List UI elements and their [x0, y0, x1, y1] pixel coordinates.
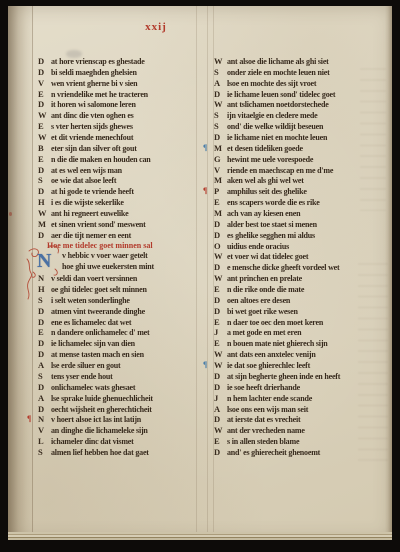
line-initial: W	[214, 273, 227, 284]
line-initial: P	[214, 186, 227, 197]
text-line: Dand' es ghierecheit ghenoemt	[214, 447, 390, 458]
text-line: Es vter herten sijds ghewes	[38, 121, 202, 132]
line-initial: D	[38, 382, 51, 393]
text-line: Want hi regneert euwelike	[38, 208, 202, 219]
line-initial: W	[38, 208, 51, 219]
paraph-mark-icon: ¶	[203, 360, 207, 371]
line-text: ichameler dinc dat vismet	[51, 437, 134, 446]
line-text: an dinghe die lichameleke sijn	[51, 426, 148, 435]
text-line: Ja met gode en met eren	[214, 327, 390, 338]
text-line: En bouen mate niet ghierech sijn	[214, 338, 390, 349]
line-text: aer die tijt nemer en eent	[51, 231, 131, 240]
line-text: at mense tasten mach en sien	[51, 350, 144, 359]
line-initial: W	[214, 425, 227, 436]
line-initial: G	[214, 154, 227, 165]
text-line: Want tslichamen noetdorstechede	[214, 99, 390, 110]
text-line: Mach van ay kiesen enen	[214, 208, 390, 219]
text-line: En die rike onde die mate	[214, 284, 390, 295]
text-line: Jn hem lachter ende scande	[214, 393, 390, 404]
line-initial: W	[38, 132, 51, 143]
line-text: oecht wijsheit en gherechticheit	[51, 405, 152, 414]
line-initial: W	[214, 360, 227, 371]
line-text: et voer wi dat tidelec goet	[227, 252, 308, 261]
line-initial: D	[214, 262, 227, 273]
text-line: En daer toe oec den moet keren	[214, 317, 390, 328]
text-column-right: Want alsoe die lichame als ghi sietSonde…	[214, 56, 390, 458]
line-text: lse erde siluer en gout	[51, 361, 120, 370]
line-text: n dandere onlichamelec d' met	[51, 328, 150, 337]
text-line: Daer die tijt nemer en eent	[38, 230, 202, 241]
line-text: at hore vrienscap es ghestade	[51, 57, 145, 66]
line-initial: D	[38, 99, 51, 110]
paraph-mark-icon: ¶	[203, 186, 207, 197]
text-line: Doen altoes ere desen	[214, 295, 390, 306]
line-text: onder ziele en mochte leuen niet	[227, 68, 330, 77]
text-line: hoe ghi uwe euekersten mint	[38, 262, 202, 273]
text-column-left: N Dat hore vrienscap es ghestadeDbi seld…	[38, 56, 202, 458]
text-line: Ouidius ende oracius	[214, 241, 390, 252]
line-text: ijn vitaelgie en cledere mede	[227, 111, 317, 120]
line-initial: M	[214, 175, 227, 186]
line-initial: S	[38, 371, 51, 382]
text-line: Dat hi gode te vriende heeft	[38, 186, 202, 197]
line-text: it horen wi salomone leren	[51, 100, 136, 109]
line-text: aken wel als ghi wel wet	[227, 176, 304, 185]
line-initial: D	[214, 414, 227, 425]
text-line: Sonder ziele en mochte leuen niet	[214, 67, 390, 78]
text-line: Dat hore vrienscap es ghestade	[38, 56, 202, 67]
text-line: Des ghelike segghen mi aldus	[214, 230, 390, 241]
text-line: Die soe heeft drierhande	[214, 382, 390, 393]
line-text: et desen tideliken goede	[227, 144, 303, 153]
line-text: hewint me uele vorespoede	[227, 155, 313, 164]
ruling-line	[207, 6, 208, 532]
line-text: alder best toe staet si menen	[227, 220, 317, 229]
line-text: s vter herten sijds ghewes	[51, 122, 133, 131]
line-text: bi wet goet rike wesen	[227, 307, 298, 316]
line-text: lsoe ons een wijs man seit	[227, 405, 308, 414]
line-text: v hoert alsoe ict las int latijn	[51, 415, 141, 424]
line-text: hoe ghi uwe euekersten mint	[62, 262, 154, 271]
page-stack-bottom-edge	[8, 532, 392, 540]
line-initial: E	[214, 436, 227, 447]
text-line: Salmen lief hebben hoe dat gaet	[38, 447, 202, 458]
line-text: e mensche dicke gheeft vordeel wet	[227, 263, 340, 272]
line-initial: L	[38, 436, 51, 447]
line-initial: D	[214, 447, 227, 458]
line-initial: D	[38, 306, 51, 317]
text-line: Maken wel als ghi wel wet	[214, 175, 390, 186]
line-text: at es wel een wijs man	[51, 166, 122, 175]
line-initial: O	[214, 241, 227, 252]
line-text: tens yser ende hout	[51, 372, 113, 381]
line-initial: S	[214, 110, 227, 121]
line-text: bi seldi maeghden ghelsien	[51, 68, 137, 77]
line-text: n vriendelike met he tracteren	[51, 90, 148, 99]
line-text: n daer toe oec den moet keren	[227, 318, 323, 327]
line-initial: D	[214, 89, 227, 100]
line-initial: H	[38, 197, 51, 208]
line-initial: E	[38, 327, 51, 338]
line-text: onlichamelec wats ghesaet	[51, 383, 135, 392]
text-line: Beter sijn dan silver oft gout	[38, 143, 202, 154]
line-text: et dit vriende menechfout	[51, 133, 133, 142]
line-initial: E	[38, 121, 51, 132]
line-text: at ierste dat es vrecheit	[227, 415, 301, 424]
text-line: Die lichame leuen sond' tidelec goet	[214, 89, 390, 100]
line-initial: E	[214, 338, 227, 349]
line-initial: D	[214, 371, 227, 382]
text-line: Wet voer wi dat tidelec goet	[214, 251, 390, 262]
line-initial: W	[214, 99, 227, 110]
text-line: Dat sijn begherte gheen inde en heeft	[214, 371, 390, 382]
paraph-mark-icon: ¶	[203, 143, 207, 154]
line-text: and' es ghierecheit ghenoemt	[227, 448, 320, 457]
text-line: Wet dit vriende menechfout	[38, 132, 202, 143]
line-initial: A	[214, 78, 227, 89]
line-initial: D	[38, 56, 51, 67]
text-line: Dat ierste dat es vrecheit	[214, 414, 390, 425]
text-line: Lichameler dinc dat vismet	[38, 436, 202, 447]
text-line: Want der vrecheden name	[214, 425, 390, 436]
red-speck	[9, 212, 12, 216]
line-text: riende en maechscap en me d'me	[227, 166, 333, 175]
line-text: almen lief hebben hoe dat gaet	[51, 448, 149, 457]
line-initial: E	[214, 317, 227, 328]
line-text: ant dats een anxtelec venijn	[227, 350, 316, 359]
line-initial: S	[38, 447, 51, 458]
line-initial: D	[214, 306, 227, 317]
line-initial: S	[38, 295, 51, 306]
text-line: ¶Wie dat soe ghierechlec leeft	[214, 360, 390, 371]
text-line: Want dinc die vten oghen es	[38, 110, 202, 121]
text-line: Van dinghe die lichameleke sijn	[38, 425, 202, 436]
text-line: ¶Pamphilus seit des ghelike	[214, 186, 390, 197]
text-line: Soe wie dat alsoe leeft	[38, 175, 202, 186]
line-text: at hi gode te vriende heeft	[51, 187, 134, 196]
line-text: oe ghi tidelec goet selt minnen	[51, 285, 147, 294]
text-line: Es in allen steden blame	[214, 436, 390, 447]
text-line: ¶Met desen tideliken goede	[214, 143, 390, 154]
line-text: lsoe en mochte des sijt vroet	[227, 79, 316, 88]
line-initial: D	[38, 338, 51, 349]
text-line: Dbi seldi maeghden ghelsien	[38, 67, 202, 78]
line-initial: D	[214, 295, 227, 306]
line-text: oen altoes ere desen	[227, 296, 290, 305]
line-text: ant dinc die vten oghen es	[51, 111, 134, 120]
line-text: v seldi dan voert versinnen	[51, 274, 137, 283]
line-initial: E	[38, 154, 51, 165]
line-initial: D	[38, 230, 51, 241]
line-initial: V	[38, 425, 51, 436]
line-initial: J	[214, 393, 227, 404]
line-initial: A	[38, 393, 51, 404]
line-text: Hoe me tidelec goet minnen sal	[47, 241, 153, 250]
line-initial: E	[38, 89, 51, 100]
line-text: ie lichame leuen sond' tidelec goet	[227, 90, 335, 99]
line-text: i selt weten sonderlinghe	[51, 296, 130, 305]
line-initial: W	[38, 110, 51, 121]
text-line: En die die maken en houden can	[38, 154, 202, 165]
line-initial: V	[214, 165, 227, 176]
line-text: v hebbic v voer waer getelt	[62, 251, 148, 260]
line-text: s in allen steden blame	[227, 437, 299, 446]
line-initial: B	[38, 143, 51, 154]
text-line: v hebbic v voer waer getelt	[38, 251, 202, 262]
line-initial: W	[214, 251, 227, 262]
line-text: at sijn begherte gheen inde en heeft	[227, 372, 340, 381]
line-text: ens scapers worde die es rike	[227, 198, 320, 207]
line-initial: W	[214, 349, 227, 360]
text-line: Alsoe ons een wijs man seit	[214, 404, 390, 415]
line-initial: V	[38, 78, 51, 89]
line-initial: D	[38, 186, 51, 197]
line-text: uidius ende oracius	[227, 242, 289, 251]
paraph-mark-icon: ¶	[27, 414, 31, 425]
text-line: Want dats een anxtelec venijn	[214, 349, 390, 360]
line-initial: E	[214, 197, 227, 208]
line-text: ach van ay kiesen enen	[227, 209, 300, 218]
line-initial: J	[214, 327, 227, 338]
line-text: n die die maken en houden can	[51, 155, 151, 164]
line-initial: N	[38, 273, 51, 284]
text-line: Want alsoe die lichame als ghi siet	[214, 56, 390, 67]
text-line: Nv seldi dan voert versinnen	[38, 273, 202, 284]
text-line: En dandere onlichamelec d' met	[38, 327, 202, 338]
line-text: ant hi regneert euwelike	[51, 209, 128, 218]
line-text: ant der vrecheden name	[227, 426, 305, 435]
text-line: Dit horen wi salomone leren	[38, 99, 202, 110]
line-initial: N	[38, 414, 51, 425]
line-text: ant princhen en prelate	[227, 274, 302, 283]
text-line: Eens scapers worde die es rike	[214, 197, 390, 208]
line-text: n hem lachter ende scande	[227, 394, 312, 403]
text-line: Vwen vrient gherne bi v sien	[38, 78, 202, 89]
line-initial: D	[38, 317, 51, 328]
line-initial: A	[214, 404, 227, 415]
text-line: Sond' die welke wildijt beseuen	[214, 121, 390, 132]
text-line: Dalder best toe staet si menen	[214, 219, 390, 230]
text-line: De mensche dicke gheeft vordeel wet	[214, 262, 390, 273]
line-text: n bouen mate niet ghierech sijn	[227, 339, 328, 348]
text-line: Dene es lichamelec dat wet	[38, 317, 202, 328]
line-text: ie soe heeft drierhande	[227, 383, 300, 392]
line-text: amphilus seit des ghelike	[227, 187, 307, 196]
text-line: Dbi wet goet rike wesen	[214, 306, 390, 317]
text-line: Datmen vint tweerande dinghe	[38, 306, 202, 317]
line-text: ond' die welke wildijt beseuen	[227, 122, 323, 131]
line-initial: D	[214, 132, 227, 143]
line-initial: E	[214, 284, 227, 295]
line-text: i es die wijste sekerlike	[51, 198, 124, 207]
text-line: Die lichamelec sijn van dien	[38, 338, 202, 349]
folio-number: xxij	[126, 21, 186, 33]
line-text: lse sprake luide ghenuechlicheit	[51, 394, 153, 403]
text-line: Ghewint me uele vorespoede	[214, 154, 390, 165]
line-initial: H	[38, 284, 51, 295]
line-text: et sinen vrient sond' meswent	[51, 220, 146, 229]
text-line: Dat mense tasten mach en sien	[38, 349, 202, 360]
text-line: Hi es die wijste sekerlike	[38, 197, 202, 208]
text-line: Met sinen vrient sond' meswent	[38, 219, 202, 230]
text-line: ¶Nv hoert alsoe ict las int latijn	[38, 414, 202, 425]
line-text: ie lichamelec sijn van dien	[51, 339, 135, 348]
line-initial: D	[214, 230, 227, 241]
text-line: Die lichame niet en mochte leuen	[214, 132, 390, 143]
line-text: a met gode en met eren	[227, 328, 301, 337]
text-line: Alse erde siluer en gout	[38, 360, 202, 371]
manuscript-page: xxij N Dat hore vrienscap es ghestadeDbi…	[8, 6, 392, 540]
line-text: ant alsoe die lichame als ghi siet	[227, 57, 329, 66]
text-line: Doecht wijsheit en gherechticheit	[38, 404, 202, 415]
line-initial: D	[38, 67, 51, 78]
text-line: Donlichamelec wats ghesaet	[38, 382, 202, 393]
text-line: Alse sprake luide ghenuechlicheit	[38, 393, 202, 404]
line-initial: M	[214, 208, 227, 219]
line-initial: S	[214, 67, 227, 78]
line-text: wen vrient gherne bi v sien	[51, 79, 137, 88]
line-initial: M	[214, 143, 227, 154]
line-text: n die rike onde die mate	[227, 285, 304, 294]
line-initial: W	[214, 56, 227, 67]
text-line: Si selt weten sonderlinghe	[38, 295, 202, 306]
text-line: Hoe ghi tidelec goet selt minnen	[38, 284, 202, 295]
text-line: Alsoe en mochte des sijt vroet	[214, 78, 390, 89]
line-text: es ghelike segghen mi aldus	[227, 231, 315, 240]
line-initial: D	[214, 219, 227, 230]
line-initial: S	[214, 121, 227, 132]
line-initial: S	[38, 175, 51, 186]
line-text: ant tslichamen noetdorstechede	[227, 100, 329, 109]
line-text: ie lichame niet en mochte leuen	[227, 133, 327, 142]
line-text: ene es lichamelec dat wet	[51, 318, 131, 327]
line-initial: M	[38, 219, 51, 230]
text-line: En vriendelike met he tracteren	[38, 89, 202, 100]
line-initial: D	[38, 404, 51, 415]
line-text: atmen vint tweerande dinghe	[51, 307, 145, 316]
line-initial: A	[38, 360, 51, 371]
rubric-line: Hoe me tidelec goet minnen sal	[38, 241, 202, 252]
text-line: Sijn vitaelgie en cledere mede	[214, 110, 390, 121]
text-line: Want princhen en prelate	[214, 273, 390, 284]
text-line: Stens yser ende hout	[38, 371, 202, 382]
line-initial: D	[214, 382, 227, 393]
line-text: oe wie dat alsoe leeft	[51, 176, 116, 185]
line-initial: D	[38, 165, 51, 176]
line-text: ie dat soe ghierechlec leeft	[227, 361, 310, 370]
line-text: eter sijn dan silver oft gout	[51, 144, 137, 153]
line-initial: D	[38, 349, 51, 360]
text-line: Vriende en maechscap en me d'me	[214, 165, 390, 176]
text-line: Dat es wel een wijs man	[38, 165, 202, 176]
